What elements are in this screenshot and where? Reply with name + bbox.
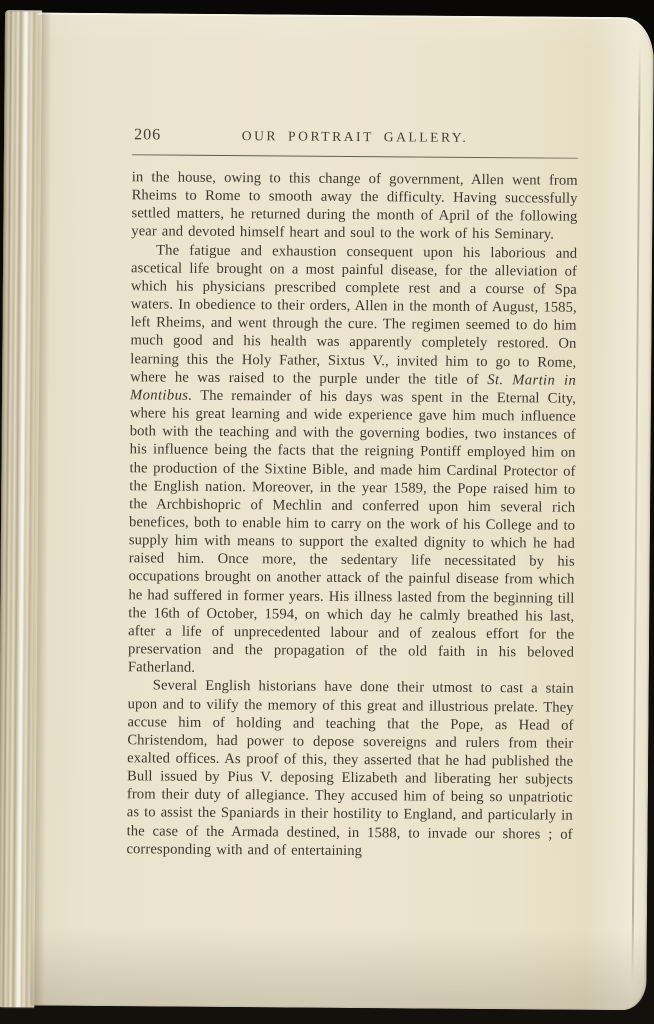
paragraph: The fatigue and exhaustion consequent up… [128, 241, 577, 680]
text-segment: The fatigue and exhaustion consequent up… [130, 242, 577, 388]
page-gutter-shadow [34, 13, 52, 1006]
book-page: 206 OUR PORTRAIT GALLERY. in the house, … [30, 13, 654, 1011]
body-text: in the house, owing to this change of go… [126, 168, 577, 861]
page-number: 206 [134, 124, 161, 145]
text-segment: in the house, owing to this change of go… [131, 169, 578, 243]
page-header: 206 OUR PORTRAIT GALLERY. [132, 124, 578, 149]
paragraph: in the house, owing to this change of go… [131, 168, 578, 244]
paragraph: Several English historians have done the… [126, 677, 573, 862]
book: 206 OUR PORTRAIT GALLERY. in the house, … [0, 0, 654, 1024]
running-title: OUR PORTRAIT GALLERY. [132, 124, 578, 149]
book-photo: 206 OUR PORTRAIT GALLERY. in the house, … [0, 0, 654, 1024]
text-segment: Several English historians have done the… [126, 678, 573, 859]
header-rule [132, 154, 578, 159]
text-segment: The remainder of his days was spent in t… [128, 388, 576, 676]
text-column: 206 OUR PORTRAIT GALLERY. in the house, … [126, 124, 578, 861]
page-edge-crease [631, 45, 640, 984]
